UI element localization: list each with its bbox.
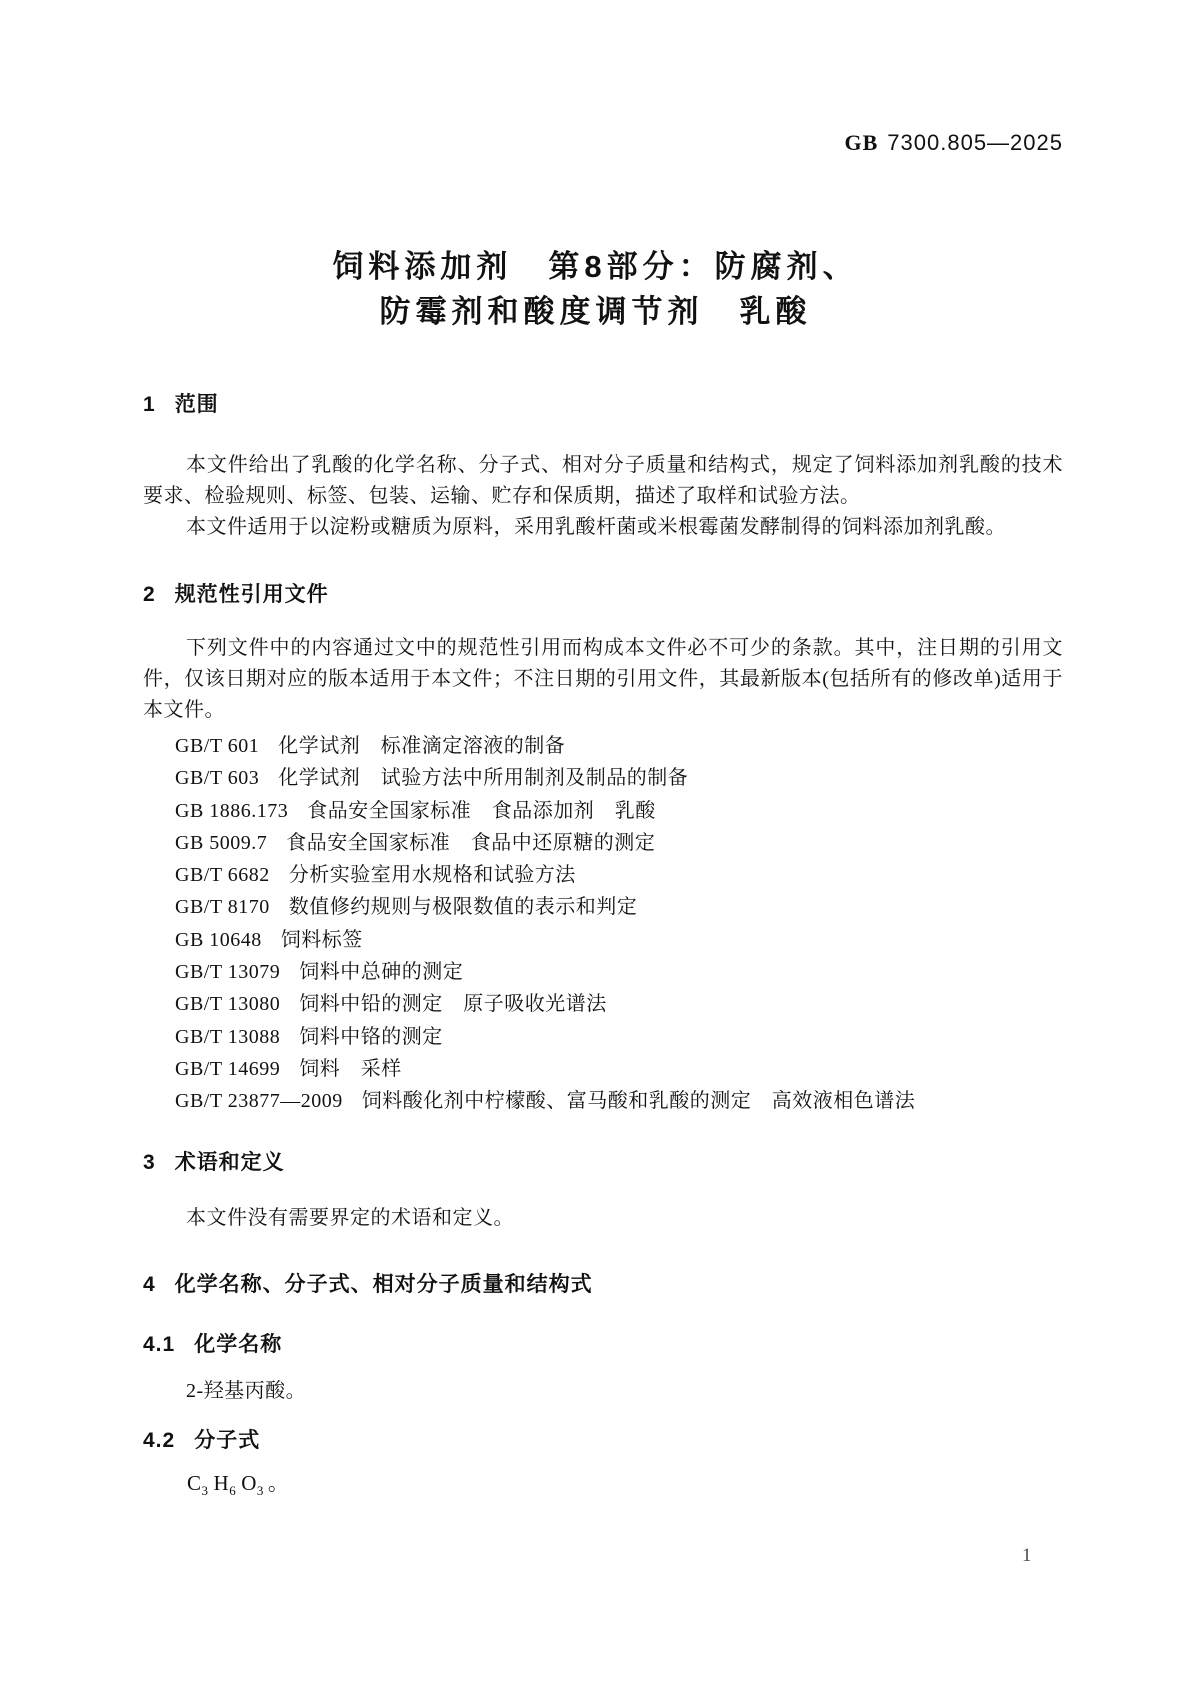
reference-title: 化学试剂 标准滴定溶液的制备 [278, 735, 565, 757]
scope-paragraph-2: 本文件适用于以淀粉或糖质为原料，采用乳酸杆菌或米根霉菌发酵制得的饲料添加剂乳酸。 [143, 512, 1063, 543]
reference-title: 饲料酸化剂中柠檬酸、富马酸和乳酸的测定 高效液相色谱法 [362, 1090, 916, 1112]
reference-item: GB/T 23877—2009饲料酸化剂中柠檬酸、富马酸和乳酸的测定 高效液相色… [175, 1085, 1065, 1117]
chemical-name-paragraph: 2-羟基丙酸。 [143, 1376, 1063, 1407]
reference-title: 分析实验室用水规格和试验方法 [289, 864, 576, 886]
reference-code: GB/T 603 [175, 767, 259, 789]
reference-code: GB/T 13079 [175, 961, 280, 983]
scope-paragraph-1: 本文件给出了乳酸的化学名称、分子式、相对分子质量和结构式，规定了饲料添加剂乳酸的… [143, 450, 1063, 512]
clause-4-1-title: 化学名称 [194, 1333, 282, 1356]
reference-code: GB 5009.7 [175, 832, 267, 854]
clause-4-2-heading: 4.2分子式 [143, 1424, 260, 1454]
clause-1-number: 1 [143, 393, 156, 417]
standard-code: GB7300.805—2025 [845, 130, 1064, 156]
reference-item: GB/T 8170数值修约规则与极限数值的表示和判定 [175, 891, 1065, 923]
reference-title: 饲料标签 [281, 929, 363, 951]
formula-subscript-3b: 3 [257, 1483, 264, 1498]
formula-element-o: O [241, 1471, 257, 1495]
reference-item: GB/T 14699饲料 采样 [175, 1053, 1065, 1085]
reference-code: GB/T 8170 [175, 896, 270, 918]
clause-2-title: 规范性引用文件 [175, 583, 329, 606]
reference-title: 食品安全国家标准 食品添加剂 乳酸 [307, 800, 656, 822]
clause-3-number: 3 [143, 1151, 156, 1175]
reference-title: 数值修约规则与极限数值的表示和判定 [289, 896, 638, 918]
clause-4-2-number: 4.2 [143, 1429, 175, 1453]
clause-2-heading: 2规范性引用文件 [143, 578, 329, 608]
standard-document-page: GB7300.805—2025 饲料添加剂 第8部分：防腐剂、 防霉剂和酸度调节… [0, 0, 1191, 1685]
formula-subscript-3: 3 [202, 1483, 209, 1498]
formula-subscript-6: 6 [229, 1483, 236, 1498]
reference-code: GB/T 23877—2009 [175, 1090, 343, 1112]
reference-code: GB/T 14699 [175, 1058, 280, 1080]
clause-4-number: 4 [143, 1273, 156, 1297]
clause-4-1-number: 4.1 [143, 1333, 175, 1357]
reference-title: 饲料中铬的测定 [299, 1026, 443, 1048]
reference-code: GB/T 13088 [175, 1026, 280, 1048]
reference-title: 食品安全国家标准 食品中还原糖的测定 [286, 832, 655, 854]
reference-item: GB 5009.7食品安全国家标准 食品中还原糖的测定 [175, 827, 1065, 859]
clause-1-heading: 1范围 [143, 388, 219, 418]
reference-item: GB 10648饲料标签 [175, 924, 1065, 956]
normative-reference-list: GB/T 601化学试剂 标准滴定溶液的制备 GB/T 603化学试剂 试验方法… [175, 730, 1065, 1118]
normative-references-intro: 下列文件中的内容通过文中的规范性引用而构成本文件必不可少的条款。其中，注日期的引… [143, 633, 1063, 726]
reference-title: 饲料中总砷的测定 [299, 961, 463, 983]
reference-title: 饲料中铅的测定 原子吸收光谱法 [299, 993, 607, 1015]
clause-4-1-heading: 4.1化学名称 [143, 1328, 282, 1358]
reference-item: GB/T 6682分析实验室用水规格和试验方法 [175, 859, 1065, 891]
formula-period: 。 [268, 1471, 290, 1495]
standard-org-label: GB [845, 130, 879, 155]
reference-code: GB 10648 [175, 929, 262, 951]
document-title-line1: 饲料添加剂 第8部分：防腐剂、 [0, 241, 1191, 286]
clause-1-title: 范围 [175, 393, 219, 416]
clause-3-heading: 3术语和定义 [143, 1146, 285, 1176]
document-title-line2: 防霉剂和酸度调节剂 乳酸 [0, 286, 1191, 331]
reference-title: 饲料 采样 [299, 1058, 402, 1080]
reference-item: GB/T 603化学试剂 试验方法中所用制剂及制品的制备 [175, 762, 1065, 794]
reference-item: GB/T 13088饲料中铬的测定 [175, 1021, 1065, 1053]
reference-item: GB/T 13079饲料中总砷的测定 [175, 956, 1065, 988]
molecular-formula: C3H6O3。 [186, 1467, 289, 1499]
clause-4-2-title: 分子式 [194, 1429, 260, 1452]
clause-4-heading: 4化学名称、分子式、相对分子质量和结构式 [143, 1268, 593, 1298]
clause-2-number: 2 [143, 583, 156, 607]
formula-element-h: H [214, 1471, 230, 1495]
reference-title: 化学试剂 试验方法中所用制剂及制品的制备 [278, 767, 688, 789]
page-number: 1 [1022, 1545, 1032, 1567]
clause-4-title: 化学名称、分子式、相对分子质量和结构式 [175, 1273, 593, 1296]
reference-code: GB/T 601 [175, 735, 259, 757]
reference-code: GB/T 13080 [175, 993, 280, 1015]
standard-number: 7300.805—2025 [887, 130, 1063, 155]
reference-item: GB/T 601化学试剂 标准滴定溶液的制备 [175, 730, 1065, 762]
reference-code: GB 1886.173 [175, 800, 288, 822]
clause-3-title: 术语和定义 [175, 1151, 285, 1174]
terms-paragraph: 本文件没有需要界定的术语和定义。 [143, 1203, 1063, 1234]
reference-code: GB/T 6682 [175, 864, 270, 886]
reference-item: GB 1886.173食品安全国家标准 食品添加剂 乳酸 [175, 795, 1065, 827]
reference-item: GB/T 13080饲料中铅的测定 原子吸收光谱法 [175, 988, 1065, 1020]
formula-element-c: C [187, 1471, 202, 1495]
